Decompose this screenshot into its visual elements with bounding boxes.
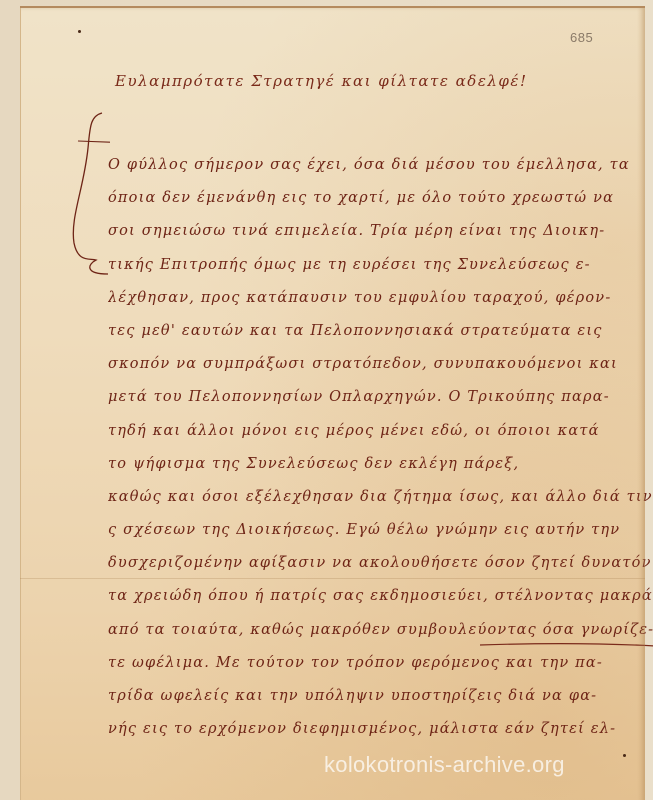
body-line: μετά του Πελοποννησίων Οπλαρχηγών. Ο Τρι… — [108, 382, 653, 415]
body-line: σοι σημειώσω τινά επιμελεία. Τρία μέρη ε… — [108, 216, 653, 249]
body-line: τες μεθ' εαυτών και τα Πελοποννησιακά στ… — [108, 316, 653, 349]
body-line: ς σχέσεων της Διοικήσεως. Εγώ θέλω γνώμη… — [108, 515, 653, 548]
ink-stroke-mark — [480, 642, 653, 648]
body-line: το ψήφισμα της Συνελεύσεως δεν εκλέγη πά… — [108, 449, 653, 482]
margin-bracket-mark — [60, 108, 110, 278]
salutation-line: Ευλαμπρότατε Στρατηγέ και φίλτατε αδελφέ… — [115, 72, 527, 90]
document-viewer: 685 Ευλαμπρότατε Στρατηγέ και φίλτατε αδ… — [0, 0, 653, 800]
body-line: τικής Επιτροπής όμως με τη ευρέσει της Σ… — [108, 250, 653, 283]
body-line: σκοπόν να συμπράξωσι στρατόπεδον, συνυπα… — [108, 349, 653, 382]
body-line: τρίδα ωφελείς και την υπόληψιν υποστηρίζ… — [108, 681, 653, 714]
body-line: όποια δεν έμενάνθη εις το χαρτί, με όλο … — [108, 183, 653, 216]
body-line: λέχθησαν, προς κατάπαυσιν του εμφυλίου τ… — [108, 283, 653, 316]
body-line: τε ωφέλιμα. Με τούτον τον τρόπον φερόμεν… — [108, 648, 653, 681]
body-line: καθώς και όσοι εξέλεχθησαν δια ζήτημα ίσ… — [108, 482, 653, 515]
ink-speck — [623, 754, 626, 757]
letter-body: Ο φύλλος σήμερον σας έχει, όσα διά μέσου… — [108, 150, 653, 747]
folio-number: 685 — [570, 30, 593, 45]
body-line: τα χρειώδη όπου ή πατρίς σας εκδημοσιεύε… — [108, 581, 653, 614]
body-line: νής εις το ερχόμενον διεφημισμένος, μάλι… — [108, 714, 653, 747]
body-line: Ο φύλλος σήμερον σας έχει, όσα διά μέσου… — [108, 150, 653, 183]
body-line: δυσχεριζομένην αφίξασιν να ακολουθήσετε … — [108, 548, 653, 581]
manuscript-page: 685 Ευλαμπρότατε Στρατηγέ και φίλτατε αδ… — [20, 6, 645, 800]
ink-speck — [78, 30, 81, 33]
watermark: kolokotronis-archive.org — [324, 752, 565, 778]
body-line: τηδή και άλλοι μόνοι εις μέρος μένει εδώ… — [108, 416, 653, 449]
